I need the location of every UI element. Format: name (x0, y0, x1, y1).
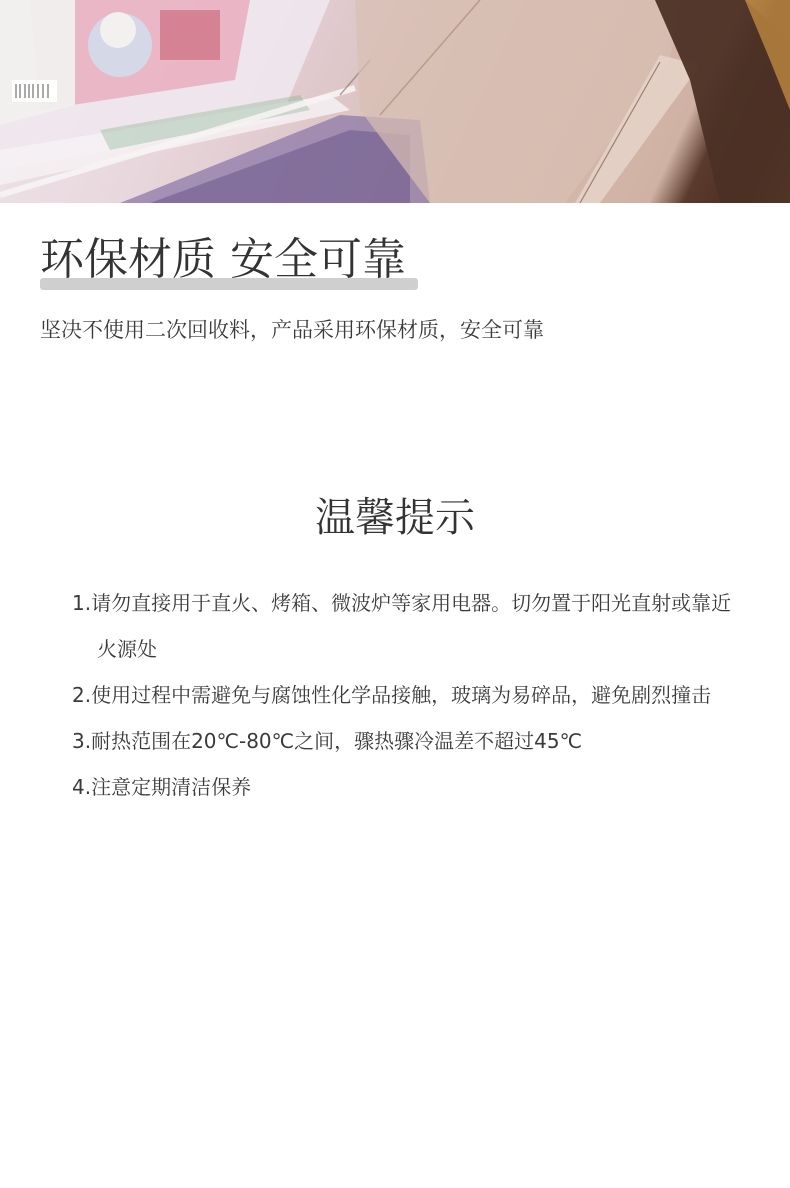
tips-list: 1.请勿直接用于直火、烤箱、微波炉等家用电器。切勿置于阳光直射或靠近火源处 2.… (72, 580, 732, 810)
tip-item: 3.耐热范围在20℃-80℃之间，骤热骤冷温差不超过45℃ (72, 718, 732, 764)
tip-item: 2.使用过程中需避免与腐蚀性化学品接触，玻璃为易碎品，避免剧烈撞击 (72, 672, 732, 718)
tips-title: 温馨提示 (0, 492, 790, 544)
tip-item: 1.请勿直接用于直火、烤箱、微波炉等家用电器。切勿置于阳光直射或靠近火源处 (72, 580, 732, 672)
feature-heading: 环保材质 安全可靠 (40, 232, 406, 288)
tip-item: 4.注意定期清洁保养 (72, 764, 732, 810)
feature-description: 坚决不使用二次回收料，产品采用环保材质，安全可靠 (40, 314, 544, 346)
storage-drawers-illustration (0, 0, 790, 203)
feature-heading-block: 环保材质 安全可靠 (40, 232, 406, 288)
product-photo (0, 0, 790, 203)
